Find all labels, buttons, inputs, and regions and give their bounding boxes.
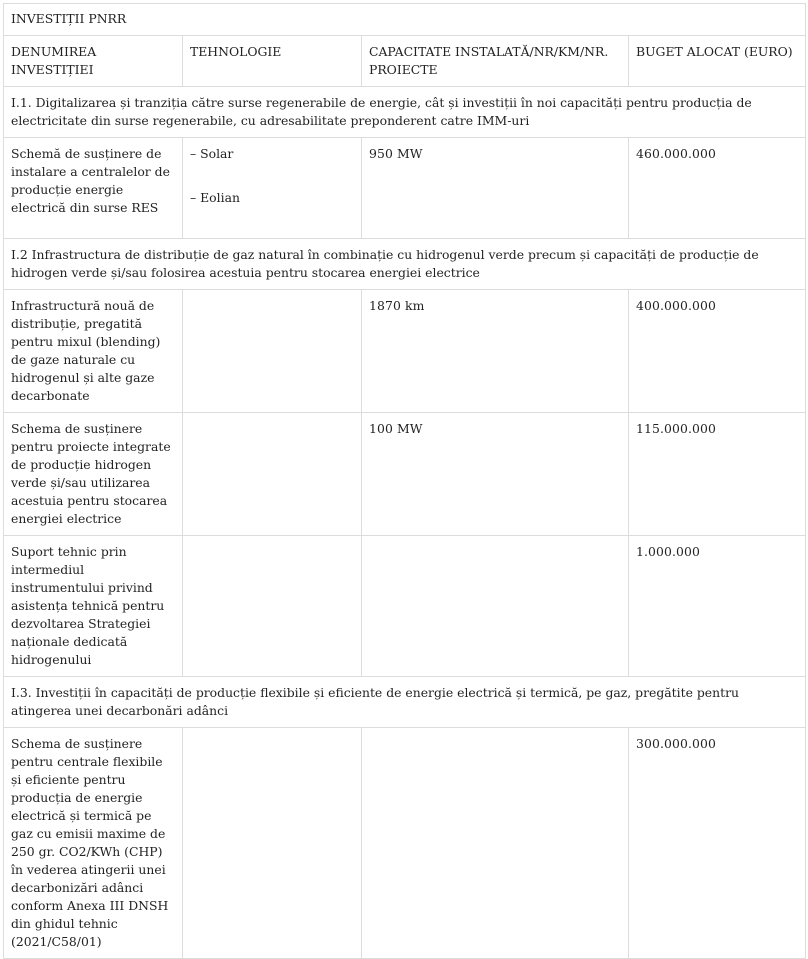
technology-item: – Eolian bbox=[190, 189, 354, 207]
capacity-cell bbox=[362, 728, 629, 881]
investment-name: Schema de susținere pentru centrale flex… bbox=[4, 728, 183, 881]
budget-cell: 300.000.000 bbox=[629, 728, 806, 881]
table-row: Suport tehnic prin intermediul instrumen… bbox=[4, 536, 806, 677]
technology-cell bbox=[183, 536, 362, 677]
technology-cell bbox=[183, 728, 362, 881]
table-title: INVESTIȚII PNRR bbox=[4, 4, 806, 36]
section-row: I.3. Investiții în capacități de producț… bbox=[4, 677, 806, 728]
header-budget: BUGET ALOCAT (EURO) bbox=[629, 36, 806, 87]
budget-cell: 1.000.000 bbox=[629, 536, 806, 677]
technology-item: – Solar bbox=[190, 145, 354, 163]
investment-name: Schemă de susținere de instalare a centr… bbox=[4, 138, 183, 239]
table-header-row: DENUMIREA INVESTIȚIEI TEHNOLOGIE CAPACIT… bbox=[4, 36, 806, 87]
investment-name: Schema de susținere pentru proiecte inte… bbox=[4, 413, 183, 536]
budget-cell: 115.000.000 bbox=[629, 413, 806, 536]
technology-cell bbox=[183, 290, 362, 413]
header-capacity: CAPACITATE INSTALATĂ/NR/KM/NR. PROIECTE bbox=[362, 36, 629, 87]
table-row: Schema de susținere pentru centrale flex… bbox=[4, 728, 806, 881]
investment-name: Suport tehnic prin intermediul instrumen… bbox=[4, 536, 183, 677]
capacity-cell bbox=[362, 536, 629, 677]
table-row: Infrastructură nouă de distribuție, preg… bbox=[4, 290, 806, 413]
technology-cell: – Solar – Eolian bbox=[183, 138, 362, 239]
technology-cell bbox=[183, 413, 362, 536]
section-title: I.2 Infrastructura de distribuție de gaz… bbox=[4, 239, 806, 290]
pnrr-investments-table: INVESTIȚII PNRR DENUMIREA INVESTIȚIEI TE… bbox=[3, 3, 806, 880]
table-row: Schemă de susținere de instalare a centr… bbox=[4, 138, 806, 239]
capacity-cell: 1870 km bbox=[362, 290, 629, 413]
table-title-row: INVESTIȚII PNRR bbox=[4, 4, 806, 36]
budget-cell: 400.000.000 bbox=[629, 290, 806, 413]
capacity-cell: 100 MW bbox=[362, 413, 629, 536]
header-technology: TEHNOLOGIE bbox=[183, 36, 362, 87]
investment-name: Infrastructură nouă de distribuție, preg… bbox=[4, 290, 183, 413]
section-row: I.2 Infrastructura de distribuție de gaz… bbox=[4, 239, 806, 290]
section-row: I.1. Digitalizarea și tranziția către su… bbox=[4, 87, 806, 138]
budget-cell: 460.000.000 bbox=[629, 138, 806, 239]
section-title: I.1. Digitalizarea și tranziția către su… bbox=[4, 87, 806, 138]
section-title: I.3. Investiții în capacități de producț… bbox=[4, 677, 806, 728]
capacity-cell: 950 MW bbox=[362, 138, 629, 239]
header-investment-name: DENUMIREA INVESTIȚIEI bbox=[4, 36, 183, 87]
table-row: Schema de susținere pentru proiecte inte… bbox=[4, 413, 806, 536]
